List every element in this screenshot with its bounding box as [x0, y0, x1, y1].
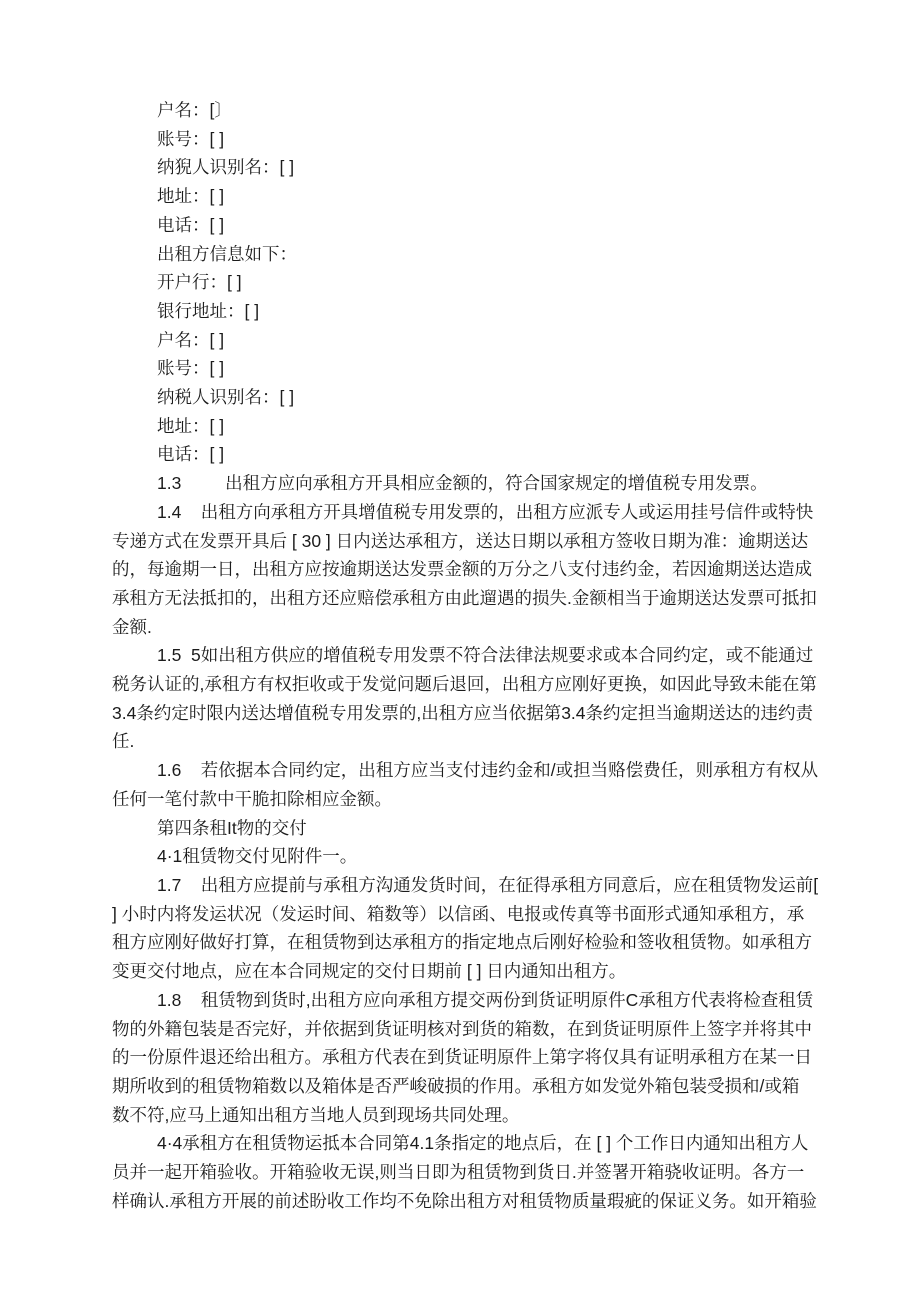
text-line: ] 小时内将发运状况（发运时间、箱数等）以信函、电报或传真等书面形式通知承租方，…: [112, 900, 820, 929]
text-line: 样确认.承租方开展的前述盼收工作均不免除出租方对租赁物质量瑕疵的保证义务。如开箱…: [112, 1187, 820, 1216]
text-line: 1.6 若依据本合同约定，出租方应当支付违约金和/或担当赂偿费任，则承租方有权从: [112, 756, 820, 785]
text-line: 承租方无法抵扣的，出租方还应赔偿承租方由此遛遇的损失.金额相当于逾期送达发票可抵…: [112, 584, 820, 613]
text-line: 的，每逾期一日，出租方应按逾期送达发票金额的万分之八支付违约金，若因逾期送达造成: [112, 555, 820, 584]
text-line: 账号：[ ]: [112, 125, 820, 154]
text-line: 期所收到的租赁物箱数以及箱体是否严峻破损的作用。承租方如发觉外箱包装受损和/或箱: [112, 1072, 820, 1101]
text-line: 纳税人识别名：[ ]: [112, 383, 820, 412]
text-line: 1.5 5如出租方供应的增值税专用发票不符合法律法规要求或本合同约定，或不能通过: [112, 641, 820, 670]
text-line: 第四条租It物的交付: [112, 814, 820, 843]
text-line: 金额.: [112, 613, 820, 642]
text-line: 数不符,应马上通知出租方当地人员到现场共同处理。: [112, 1101, 820, 1130]
text-line: 地址：[ ]: [112, 412, 820, 441]
text-line: 账号：[ ]: [112, 354, 820, 383]
document-page: 户名：[〕账号：[ ]纳猊人识别名：[ ]地址：[ ]电话：[ ]出租方信息如下…: [0, 0, 920, 1301]
text-line: 地址：[ ]: [112, 182, 820, 211]
text-line: 税务认证的,承租方有权拒收或于发觉问题后退回，出租方应刚好更换，如因此导致未能在…: [112, 670, 820, 699]
text-line: 3.4条约定时限内送达增值税专用发票的,出租方应当依据第3.4条约定担当逾期送达…: [112, 699, 820, 728]
text-line: 的一份原件退还给出租方。承租方代表在到货证明原件上第字将仅具有证明承租方在某一日: [112, 1043, 820, 1072]
text-line: 任何一笔付款中干脆扣除相应金额。: [112, 785, 820, 814]
text-line: 户名：[ ]: [112, 326, 820, 355]
text-line: 4·4承租方在租赁物运抵本合同第4.1条指定的地点后，在 [ ] 个工作日内通知…: [112, 1129, 820, 1158]
text-line: 开户行：[ ]: [112, 268, 820, 297]
text-line: 1.3 出租方应向承租方开具相应金额的，符合国家规定的增值税专用发票。: [112, 469, 820, 498]
text-line: 电话：[ ]: [112, 211, 820, 240]
text-line: 1.7 出租方应提前与承租方沟通发货时间，在征得承租方同意后，应在租赁物发运前[: [112, 871, 820, 900]
text-line: 户名：[〕: [112, 96, 820, 125]
text-line: 银行地址：[ ]: [112, 297, 820, 326]
text-line: 1.4 出租方向承租方开具增值税专用发票的，出租方应派专人或运用挂号信件或特快: [112, 498, 820, 527]
text-line: 电话：[ ]: [112, 440, 820, 469]
text-line: 物的外籍包装是否完好，并依据到货证明核对到货的箱数，在到货证明原件上签字并将其中: [112, 1015, 820, 1044]
text-line: 专递方式在发票开具后 [ 30 ] 日内送达承租方，送达日期以承租方签收日期为准…: [112, 527, 820, 556]
text-line: 纳猊人识别名：[ ]: [112, 153, 820, 182]
text-line: 1.8 租赁物到货时,出租方应向承租方提交两份到货证明原件C承租方代表将检查租赁: [112, 986, 820, 1015]
text-line: 租方应刚好做好打算，在租赁物到达承租方的指定地点后刚好检验和签收租赁物。如承租方: [112, 928, 820, 957]
text-line: 变更交付地点，应在本合同规定的交付日期前 [ ] 日内通知出租方。: [112, 957, 820, 986]
text-line: 出租方信息如下：: [112, 240, 820, 269]
text-line: 4·1租赁物交付见附件一。: [112, 842, 820, 871]
text-line: 员并一起开箱验收。开箱验收无误,则当日即为租赁物到货日.并签署开箱骁收证明。各方…: [112, 1158, 820, 1187]
text-line: 任.: [112, 727, 820, 756]
